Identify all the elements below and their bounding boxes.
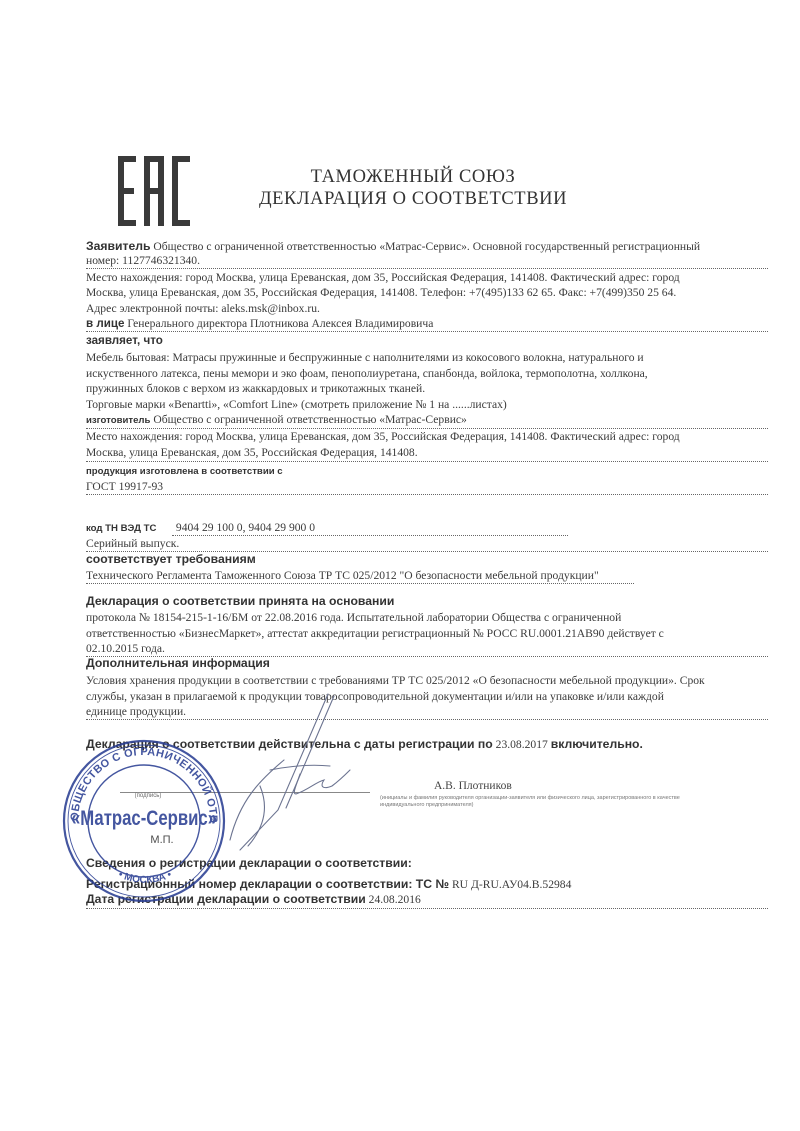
company-stamp: ОБЩЕСТВО С ОГРАНИЧЕННОЙ ОТВЕТСТВЕННОСТЬЮ… — [56, 733, 236, 903]
divider — [86, 719, 768, 720]
manufacturer-address-1: Место нахождения: город Москва, улица Ер… — [86, 429, 766, 444]
trademarks: Торговые марки «Benartti», «Comfort Line… — [86, 397, 766, 412]
product-line-3: пружинных блоков с верхом из жаккардовых… — [86, 381, 766, 396]
document-title: ТАМОЖЕННЫЙ СОЮЗ ДЕКЛАРАЦИЯ О СООТВЕТСТВИ… — [258, 166, 568, 210]
divider — [86, 583, 634, 584]
stamp-city: • МОСКВА • — [117, 869, 174, 886]
validity-suffix: включительно. — [551, 737, 643, 751]
standard-value: ГОСТ 19917-93 — [86, 479, 766, 494]
applicant-address-2: Москва, улица Ереванская, дом 35, Россий… — [86, 285, 766, 300]
manufacturer-label: изготовитель — [86, 415, 150, 426]
stamp-sign-caption: (подпись) — [135, 793, 162, 799]
divider — [86, 331, 768, 332]
standard-heading: продукция изготовлена в соответствии с — [86, 463, 766, 479]
requirements-heading: соответствует требованиям — [86, 552, 766, 567]
divider — [86, 461, 768, 462]
additional-line-3: единице продукции. — [86, 704, 766, 719]
basis-heading: Декларация о соответствии принята на осн… — [86, 594, 766, 609]
additional-heading: Дополнительная информация — [86, 656, 766, 671]
additional-line-1: Условия хранения продукции в соответстви… — [86, 673, 766, 688]
registration-date-value: 24.08.2016 — [369, 893, 421, 906]
basis-label: Декларация о соответствии принята на осн… — [86, 594, 394, 608]
divider — [86, 908, 768, 909]
additional-line-2: службы, указан в прилагаемой к продукции… — [86, 689, 766, 704]
divider — [86, 494, 768, 495]
tnved-label: код ТН ВЭД ТС — [86, 521, 173, 536]
basis-line-3: 02.10.2015 года. — [86, 641, 766, 656]
caption-line-2: индивидуального предпринимателя) — [380, 802, 720, 809]
additional-label: Дополнительная информация — [86, 656, 270, 670]
basis-line-1: протокола № 18154-215-1-16/БМ от 22.08.2… — [86, 610, 766, 625]
svg-text:• МОСКВА •: • МОСКВА • — [117, 869, 174, 886]
applicant-text: Общество с ограниченной ответственностью… — [153, 240, 700, 253]
validity-date: 23.08.2017 — [496, 738, 548, 751]
applicant-label: Заявитель — [86, 239, 151, 253]
applicant-address-1: Место нахождения: город Москва, улица Ер… — [86, 270, 766, 285]
applicant-email: Адрес электронной почты: aleks.msk@inbox… — [86, 301, 766, 316]
serial-release: Серийный выпуск. — [86, 536, 766, 551]
manufacturer-text: Общество с ограниченной ответственностью… — [153, 413, 467, 426]
standard-label: продукция изготовлена в соответствии с — [86, 466, 283, 477]
tnved-line: код ТН ВЭД ТС 9404 29 100 0, 9404 29 900… — [86, 520, 766, 536]
eac-logo — [118, 156, 190, 226]
manufacturer-address-2: Москва, улица Ереванская, дом 35, Россий… — [86, 445, 766, 460]
title-declaration: ДЕКЛАРАЦИЯ О СООТВЕТСТВИИ — [258, 188, 568, 210]
tnved-value: 9404 29 100 0, 9404 29 900 0 — [176, 521, 315, 534]
requirements-value: Технического Регламента Таможенного Союз… — [86, 568, 766, 583]
represented-label: в лице — [86, 317, 124, 330]
product-line-1: Мебель бытовая: Матрасы пружинные и бесп… — [86, 350, 766, 365]
caption-line-1: (инициалы и фамилия руководителя организ… — [380, 795, 720, 802]
signer-caption: (инициалы и фамилия руководителя организ… — [380, 795, 720, 809]
divider — [86, 268, 768, 269]
registration-number-value: RU Д-RU.АУ04.В.52984 — [452, 878, 571, 891]
manufacturer-line: изготовитель Общество с ограниченной отв… — [86, 412, 766, 428]
stamp-company: «Матрас-Сервис» — [71, 807, 217, 830]
applicant-ogrn: номер: 1127746321340. — [86, 253, 766, 268]
represented-by: в лице Генерального директора Плотникова… — [86, 316, 766, 331]
requirements-label: соответствует требованиям — [86, 552, 256, 566]
declares-label: заявляет, что — [86, 334, 163, 347]
signer-name: А.В. Плотников — [434, 780, 512, 792]
represented-text: Генерального директора Плотникова Алексе… — [127, 317, 433, 330]
basis-line-2: ответственностью «БизнесМаркет», аттеста… — [86, 626, 766, 641]
stamp-mp: М.П. — [150, 834, 173, 846]
product-line-2: искуственного латекса, пены мемори и эко… — [86, 366, 766, 381]
title-union: ТАМОЖЕННЫЙ СОЮЗ — [258, 166, 568, 188]
applicant-line-1: Заявитель Общество с ограниченной ответс… — [86, 239, 766, 254]
declares-heading: заявляет, что — [86, 333, 766, 348]
